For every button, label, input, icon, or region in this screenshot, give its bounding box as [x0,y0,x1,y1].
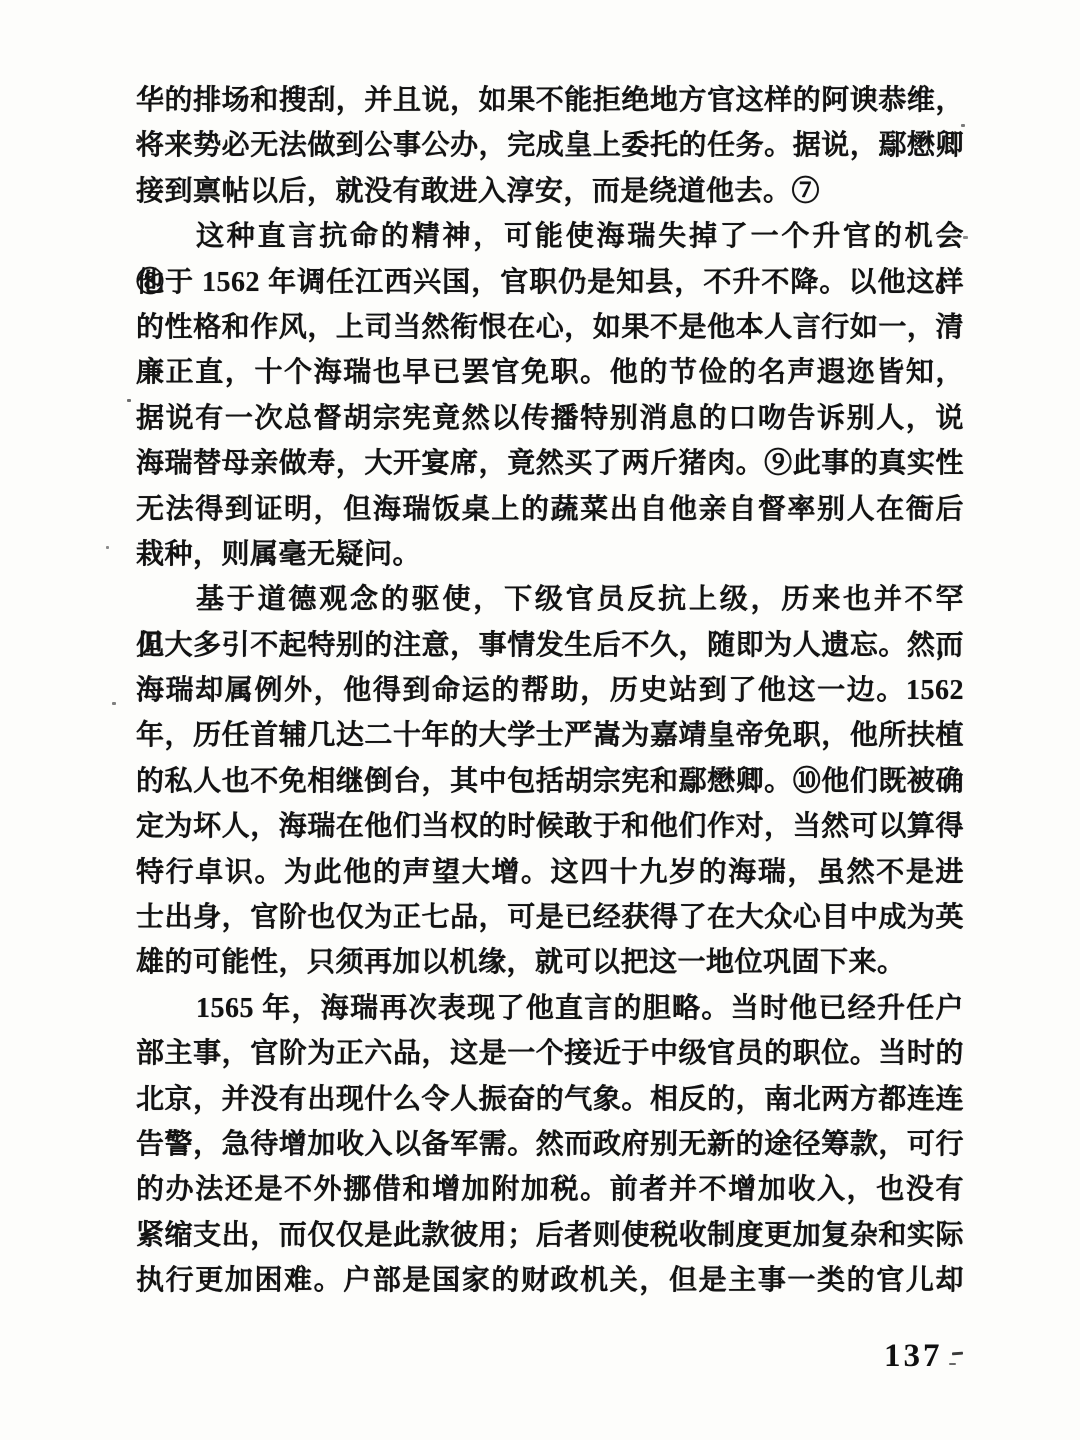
text-line: 的办法还是不外挪借和增加附加税。前者并不增加收入，也没有 [136,1167,964,1212]
text-line: 但大多引不起特别的注意，事情发生后不久，随即为人遗忘。然而 [136,623,964,668]
text-line: 定为坏人，海瑞在他们当权的时候敢于和他们作对，当然可以算得 [136,804,964,849]
text-line: 无法得到证明，但海瑞饭桌上的蔬菜出自他亲自督率别人在衙后 [136,487,964,532]
text-line: 告警，急待增加收入以备军需。然而政府别无新的途径筹款，可行 [136,1122,964,1167]
page-number: 137 [884,1338,943,1375]
text-line: 这种直言抗命的精神，可能使海瑞失掉了一个升官的机会⑧。 [136,214,964,259]
paragraph: 这种直言抗命的精神，可能使海瑞失掉了一个升官的机会⑧。他于 1562 年调任江西… [136,214,964,577]
text-line: 接到禀帖以后，就没有敢进入淳安，而是绕道他去。⑦ [136,169,964,214]
scan-speck [127,399,131,402]
text-line: 部主事，官阶为正六品，这是一个接近于中级官员的职位。当时的 [136,1031,964,1076]
ink-smudge [949,1363,956,1365]
text-line: 特行卓识。为此他的声望大增。这四十九岁的海瑞，虽然不是进 [136,850,964,895]
text-line: 1565 年，海瑞再次表现了他直言的胆略。当时他已经升任户 [136,986,964,1031]
text-line: 栽种，则属毫无疑问。 [136,532,964,577]
text-line: 士出身，官阶也仅为正七品，可是已经获得了在大众心目中成为英 [136,895,964,940]
text-line: 紧缩支出，而仅仅是此款彼用；后者则使税收制度更加复杂和实际 [136,1213,964,1258]
text-line: 据说有一次总督胡宗宪竟然以传播特别消息的口吻告诉别人，说 [136,396,964,441]
text-line: 廉正直，十个海瑞也早已罢官免职。他的节俭的名声遐迩皆知， [136,350,964,395]
text-line: 海瑞替母亲做寿，大开宴席，竟然买了两斤猪肉。⑨此事的真实性 [136,441,964,486]
text-line: 海瑞却属例外，他得到命运的帮助，历史站到了他这一边。1562 [136,668,964,713]
text-line: 雄的可能性，只须再加以机缘，就可以把这一地位巩固下来。 [136,940,964,985]
text-line: 的性格和作风，上司当然衔恨在心，如果不是他本人言行如一，清 [136,305,964,350]
text-line: 年，历任首辅几达二十年的大学士严嵩为嘉靖皇帝免职，他所扶植 [136,713,964,758]
scan-speck [112,702,116,705]
paragraph: 基于道德观念的驱使，下级官员反抗上级，历来也并不罕见，但大多引不起特别的注意，事… [136,577,964,986]
paragraph: 华的排场和搜刮，并且说，如果不能拒绝地方官这样的阿谀恭维，将来势必无法做到公事公… [136,78,964,214]
scan-speck [963,236,968,239]
page-text: 华的排场和搜刮，并且说，如果不能拒绝地方官这样的阿谀恭维，将来势必无法做到公事公… [136,78,964,1304]
page: 华的排场和搜刮，并且说，如果不能拒绝地方官这样的阿谀恭维，将来势必无法做到公事公… [0,0,1080,1440]
text-line: 北京，并没有出现什么令人振奋的气象。相反的，南北两方都连连 [136,1077,964,1122]
text-line: 的私人也不免相继倒台，其中包括胡宗宪和鄢懋卿。⑩他们既被确 [136,759,964,804]
text-line: 华的排场和搜刮，并且说，如果不能拒绝地方官这样的阿谀恭维， [136,78,964,123]
paragraph: 1565 年，海瑞再次表现了他直言的胆略。当时他已经升任户部主事，官阶为正六品，… [136,986,964,1304]
text-line: 他于 1562 年调任江西兴国，官职仍是知县，不升不降。以他这样 [136,260,964,305]
ink-smudge [952,1352,963,1356]
scan-speck [106,546,109,549]
text-line: 将来势必无法做到公事公办，完成皇上委托的任务。据说，鄢懋卿 [136,123,964,168]
scanned-book-page: { "content": { "paragraphs": [ { "indent… [0,0,1080,1440]
scan-speck [136,139,141,143]
scan-speck [961,124,965,127]
text-line: 执行更加困难。户部是国家的财政机关，但是主事一类的官儿却 [136,1258,964,1303]
text-line: 基于道德观念的驱使，下级官员反抗上级，历来也并不罕见， [136,577,964,622]
